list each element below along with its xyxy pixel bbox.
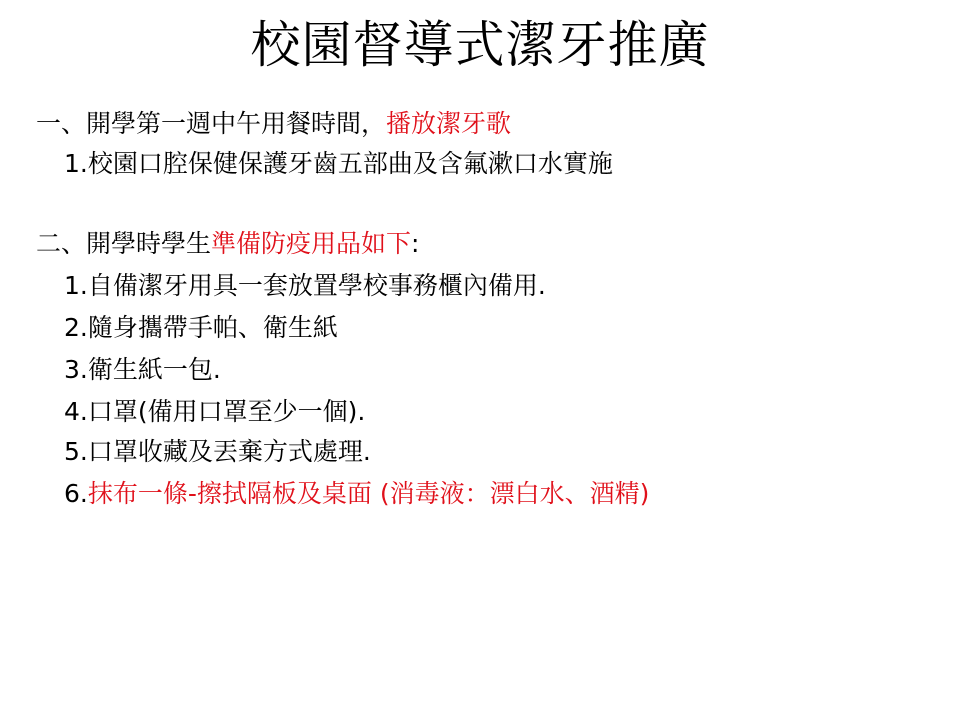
section-2-item: 5.口罩收藏及丟棄方式處理. (64, 434, 371, 470)
section-2-item: 4.口罩(備用口罩至少一個). (64, 394, 365, 430)
section-2-item: 3.衛生紙一包. (64, 352, 221, 388)
item-text: 口罩收藏及丟棄方式處理. (88, 437, 371, 466)
item-number: 1. (64, 149, 88, 178)
item-number: 4. (64, 397, 88, 426)
item-text: 校園口腔保健保護牙齒五部曲及含氟漱口水實施 (88, 149, 613, 178)
item-text-highlight: 抹布一條-擦拭隔板及桌面 (消毒液：漂白水、酒精) (88, 479, 649, 508)
item-text: 口罩(備用口罩至少一個). (88, 397, 365, 426)
item-number: 2. (64, 313, 88, 342)
section-2-heading-text: 二、開學時學生 (36, 229, 211, 258)
section-2-heading-highlight: 準備防疫用品如下 (211, 229, 411, 258)
item-number: 1. (64, 271, 88, 300)
item-number: 6. (64, 479, 88, 508)
section-1-item: 1.校園口腔保健保護牙齒五部曲及含氟漱口水實施 (64, 146, 613, 182)
section-2-heading-colon: : (411, 229, 419, 258)
slide-title: 校園督導式潔牙推廣 (0, 10, 960, 80)
item-text: 衛生紙一包. (88, 355, 221, 384)
section-1-heading: 一、開學第一週中午用餐時間，播放潔牙歌 (36, 106, 511, 142)
section-2-item: 1.自備潔牙用具一套放置學校事務櫃內備用. (64, 268, 546, 304)
section-2-item: 2.隨身攜帶手帕、衛生紙 (64, 310, 338, 346)
section-2-item: 6.抹布一條-擦拭隔板及桌面 (消毒液：漂白水、酒精) (64, 476, 649, 512)
item-number: 5. (64, 437, 88, 466)
section-2-heading: 二、開學時學生準備防疫用品如下: (36, 226, 419, 262)
section-1-heading-highlight: 播放潔牙歌 (386, 109, 511, 138)
item-text: 隨身攜帶手帕、衛生紙 (88, 313, 338, 342)
section-1-heading-text: 一、開學第一週中午用餐時間， (36, 109, 386, 138)
item-text: 自備潔牙用具一套放置學校事務櫃內備用. (88, 271, 546, 300)
item-number: 3. (64, 355, 88, 384)
